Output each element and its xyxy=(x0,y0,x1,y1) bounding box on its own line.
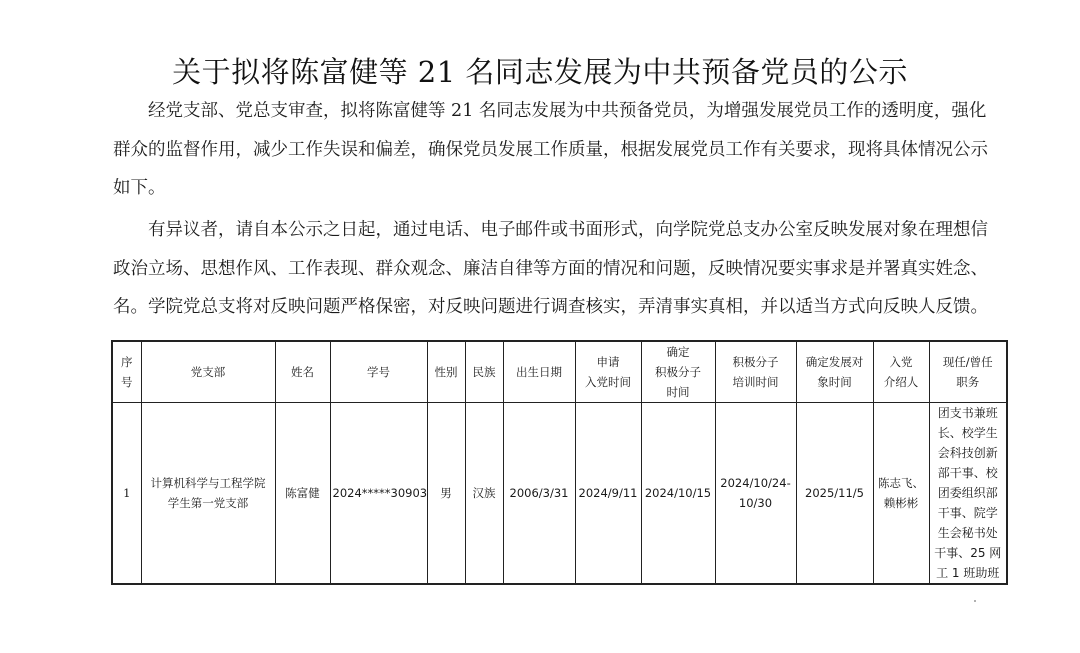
paragraph-line: 群众的监督作用，减少工作失误和偏差，确保党员发展工作质量，根据发展党员工作有关要… xyxy=(113,131,1003,170)
paragraph-line: 名。学院党总支将对反映问题严格保密，对反映问题进行调查核实，弄清事实真相，并以适… xyxy=(113,288,1003,327)
cell-training-period: 2024/10/24-10/30 xyxy=(715,403,796,585)
cell-sponsors: 陈志飞、赖彬彬 xyxy=(873,403,929,585)
cell-candidate-date: 2025/11/5 xyxy=(796,403,873,585)
header-gender: 性别 xyxy=(427,341,465,403)
paragraph-line: 经党支部、党总支审查，拟将陈富健等 21 名同志发展为中共预备党员，为增强发展党… xyxy=(113,92,1003,131)
cell-application-date: 2024/9/11 xyxy=(575,403,641,585)
cell-branch: 计算机科学与工程学院学生第一党支部 xyxy=(141,403,275,585)
candidate-table: 序号 党支部 姓名 学号 性别 民族 出生日期 申请入党时间 确定积极分子时间 … xyxy=(111,340,1008,585)
header-candidate-date: 确定发展对象时间 xyxy=(796,341,873,403)
cell-activist-date: 2024/10/15 xyxy=(641,403,715,585)
header-training-period: 积极分子培训时间 xyxy=(715,341,796,403)
paragraph-line: 政治立场、思想作风、工作表现、群众观念、廉洁自律等方面的情况和问题，反映情况要实… xyxy=(113,250,1003,289)
cell-index: 1 xyxy=(112,403,141,585)
intro-paragraph: 经党支部、党总支审查，拟将陈富健等 21 名同志发展为中共预备党员，为增强发展党… xyxy=(113,92,1003,208)
header-index: 序号 xyxy=(112,341,141,403)
header-name: 姓名 xyxy=(275,341,330,403)
document-page: 关于拟将陈富健等 21 名同志发展为中共预备党员的公示 经党支部、党总支审查，拟… xyxy=(0,0,1080,653)
page-title: 关于拟将陈富健等 21 名同志发展为中共预备党员的公示 xyxy=(0,50,1080,91)
scan-speck xyxy=(974,600,976,602)
header-ethnicity: 民族 xyxy=(465,341,503,403)
header-activist-date: 确定积极分子时间 xyxy=(641,341,715,403)
cell-student-id: 2024*****30903 xyxy=(330,403,427,585)
header-birth-date: 出生日期 xyxy=(503,341,575,403)
cell-birth-date: 2006/3/31 xyxy=(503,403,575,585)
table-row: 1 计算机科学与工程学院学生第一党支部 陈富健 2024*****30903 男… xyxy=(112,403,1007,585)
header-sponsors: 入党介绍人 xyxy=(873,341,929,403)
paragraph-line: 有异议者，请自本公示之日起，通过电话、电子邮件或书面形式，向学院党总支办公室反映… xyxy=(113,211,1003,250)
header-branch: 党支部 xyxy=(141,341,275,403)
cell-duties: 团支书兼班 长、校学生 会科技创新 部干事、校 团委组织部 干事、院学 生会秘书… xyxy=(929,403,1007,585)
cell-gender: 男 xyxy=(427,403,465,585)
cell-name: 陈富健 xyxy=(275,403,330,585)
objection-paragraph: 有异议者，请自本公示之日起，通过电话、电子邮件或书面形式，向学院党总支办公室反映… xyxy=(113,211,1003,327)
cell-ethnicity: 汉族 xyxy=(465,403,503,585)
paragraph-line: 如下。 xyxy=(113,169,1003,208)
header-student-id: 学号 xyxy=(330,341,427,403)
header-application-date: 申请入党时间 xyxy=(575,341,641,403)
table-header-row: 序号 党支部 姓名 学号 性别 民族 出生日期 申请入党时间 确定积极分子时间 … xyxy=(112,341,1007,403)
header-duties: 现任/曾任职务 xyxy=(929,341,1007,403)
